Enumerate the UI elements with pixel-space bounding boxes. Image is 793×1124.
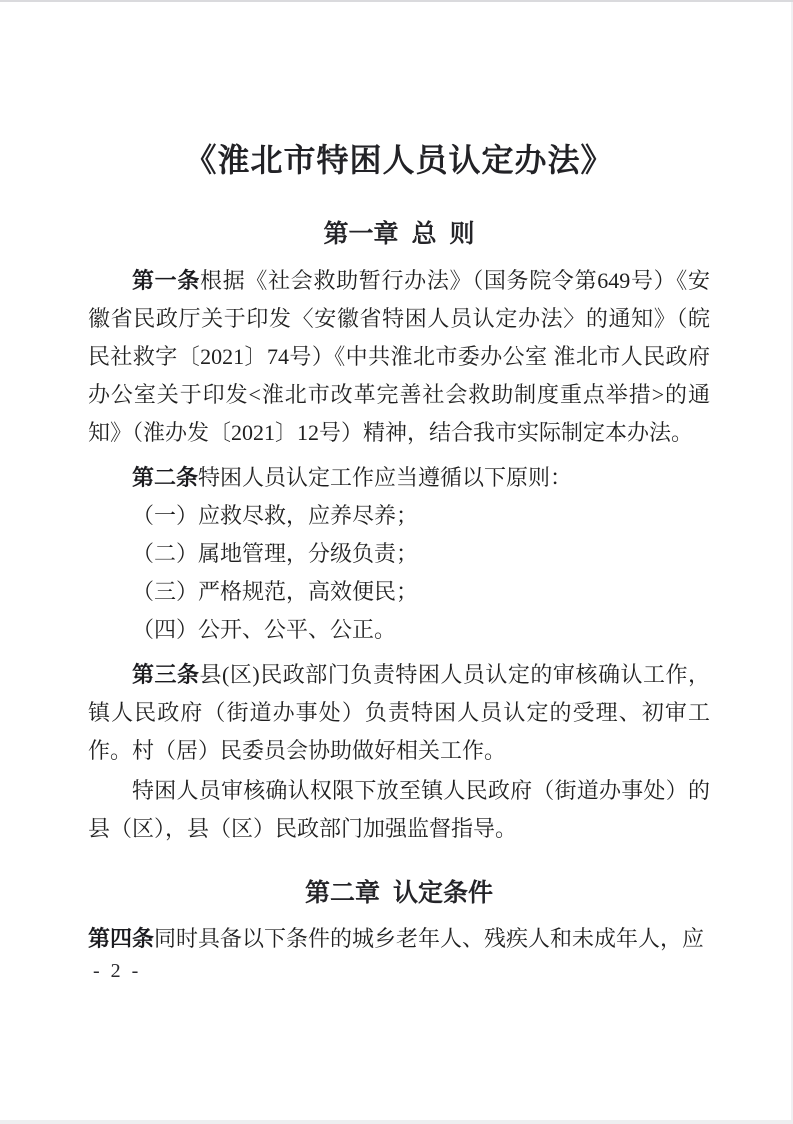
page-content: 《淮北市特困人员认定办法》 第一章 总 则 第一条根据《社会救助暂行办法》（国务… [88,2,710,984]
document-title: 《淮北市特困人员认定办法》 [88,136,710,184]
delegation-paragraph: 特困人员审核确认权限下放至镇人民政府（街道办事处）的县（区），县（区）民政部门加… [88,772,710,848]
article-4-paragraph: 第四条同时具备以下条件的城乡老年人、残疾人和未成年人，应 [88,920,710,958]
article-4-label: 第四条 [88,926,154,951]
document-body: 第一条根据《社会救助暂行办法》（国务院令第649号）《安徽省民政厅关于印发〈安徽… [88,262,710,848]
scanned-document-page: 《淮北市特困人员认定办法》 第一章 总 则 第一条根据《社会救助暂行办法》（国务… [0,0,793,1124]
article-1-label: 第一条 [132,268,200,293]
article-2-label: 第二条 [132,465,198,490]
article-4-text: 同时具备以下条件的城乡老年人、残疾人和未成年人，应 [154,926,704,951]
document-body-chapter2: 第四条同时具备以下条件的城乡老年人、残疾人和未成年人，应 [88,920,710,958]
chapter-1-heading: 第一章 总 则 [88,218,710,250]
principle-item-3: （三）严格规范，高效便民； [88,573,710,611]
article-2-text: 特困人员认定工作应当遵循以下原则： [198,465,572,490]
principle-item-1: （一）应救尽救，应养尽养； [88,497,710,535]
article-1-text: 根据《社会救助暂行办法》（国务院令第649号）《安徽省民政厅关于印发〈安徽省特困… [88,268,710,445]
article-2-paragraph: 第二条特困人员认定工作应当遵循以下原则： [88,459,710,497]
article-1-paragraph: 第一条根据《社会救助暂行办法》（国务院令第649号）《安徽省民政厅关于印发〈安徽… [88,262,710,452]
chapter-2-heading: 第二章 认定条件 [88,877,710,909]
principle-item-2: （二）属地管理，分级负责； [88,535,710,573]
article-3-label: 第三条 [132,662,200,687]
principle-item-4-text: （四）公开、公平、公正。 [132,617,396,642]
delegation-paragraph-text: 特困人员审核确认权限下放至镇人民政府（街道办事处）的县（区），县（区）民政部门加… [88,778,710,841]
principle-item-1-text: （一）应救尽救，应养尽养； [132,503,418,528]
principle-item-4: （四）公开、公平、公正。 [88,611,710,649]
principle-item-2-text: （二）属地管理，分级负责； [132,541,418,566]
principle-item-3-text: （三）严格规范，高效便民； [132,579,418,604]
page-number: - 2 - [93,958,710,984]
article-3-paragraph: 第三条县(区)民政部门负责特困人员认定的审核确认工作，镇人民政府（街道办事处）负… [88,656,710,770]
